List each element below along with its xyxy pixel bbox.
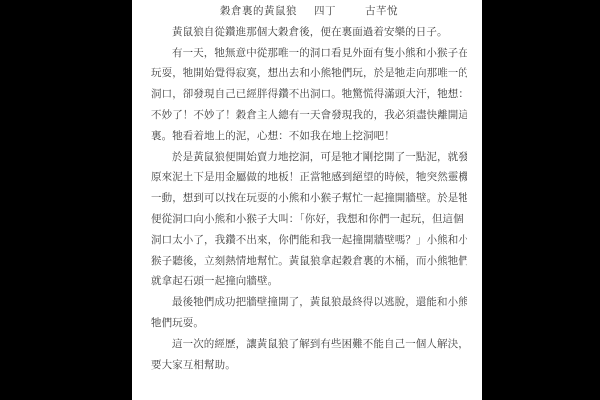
body-line: 便從洞口向小熊和小猴子大叫：「你好，我想和你們一起玩，但這個 xyxy=(151,210,467,231)
body-line: 一動，想到可以找在玩耍的小熊和小猴子幫忙一起撞開牆壁。於是牠 xyxy=(151,189,467,210)
body-line: 就拿起石頭一起撞向牆壁。 xyxy=(151,272,467,293)
doc-title: 穀倉裏的黃鼠狼 xyxy=(220,2,297,23)
body-line: 最後牠們成功把牆壁撞開了，黃鼠狼最終得以逃脫，還能和小熊 xyxy=(151,293,467,314)
body-line: 原來泥土下是用金屬做的地板！正當牠感到絕望的時候，牠突然靈機 xyxy=(151,168,467,189)
body-line: 這一次的經歷，讓黃鼠狼了解到有些困難不能自己一個人解決，需 xyxy=(151,335,467,356)
body-line: 要大家互相幫助。 xyxy=(151,356,467,377)
viewer-background: 穀倉裏的黃鼠狼 四丁 古芊悅 黃鼠狼自從鑽進那個大穀倉後，便在裏面過着安樂的日子… xyxy=(0,0,600,400)
body-line: 洞口太小了，我鑽不出來，你們能和我一起撞開牆壁嗎？」小熊和小 xyxy=(151,231,467,252)
doc-class-name: 四丁 xyxy=(314,2,336,23)
body-line: 於是黃鼠狼便開始賣力地挖洞，可是牠才剛挖開了一點泥，就發現 xyxy=(151,148,467,169)
doc-author: 古芊悅 xyxy=(365,2,398,23)
body-line: 牠們玩耍。 xyxy=(151,314,467,335)
document-page: 穀倉裏的黃鼠狼 四丁 古芊悅 黃鼠狼自從鑽進那個大穀倉後，便在裏面過着安樂的日子… xyxy=(132,0,482,400)
body-line: 猴子聽後，立刻熱情地幫忙。黃鼠狼拿起穀倉裏的木桶，而小熊牠們 xyxy=(151,252,467,273)
body-line: 黃鼠狼自從鑽進那個大穀倉後，便在裏面過着安樂的日子。 xyxy=(151,23,467,44)
body-line: 裏。牠看着地上的泥，心想：不如我在地上挖洞吧！ xyxy=(151,127,467,148)
document-header: 穀倉裏的黃鼠狼 四丁 古芊悅 xyxy=(151,2,467,23)
body-line: 不妙了！不妙了！穀倉主人總有一天會發現我的，我必須盡快離開這 xyxy=(151,106,467,127)
body-line: 洞口，卻發現自己已經胖得鑽不出洞口。牠驚慌得滿頭大汗，牠想： xyxy=(151,85,467,106)
body-line: 有一天，牠無意中從那唯一的洞口看見外面有隻小熊和小猴子在 xyxy=(151,44,467,65)
body-line: 玩耍，牠開始覺得寂寞，想出去和小熊牠們玩，於是牠走向那唯一的 xyxy=(151,64,467,85)
